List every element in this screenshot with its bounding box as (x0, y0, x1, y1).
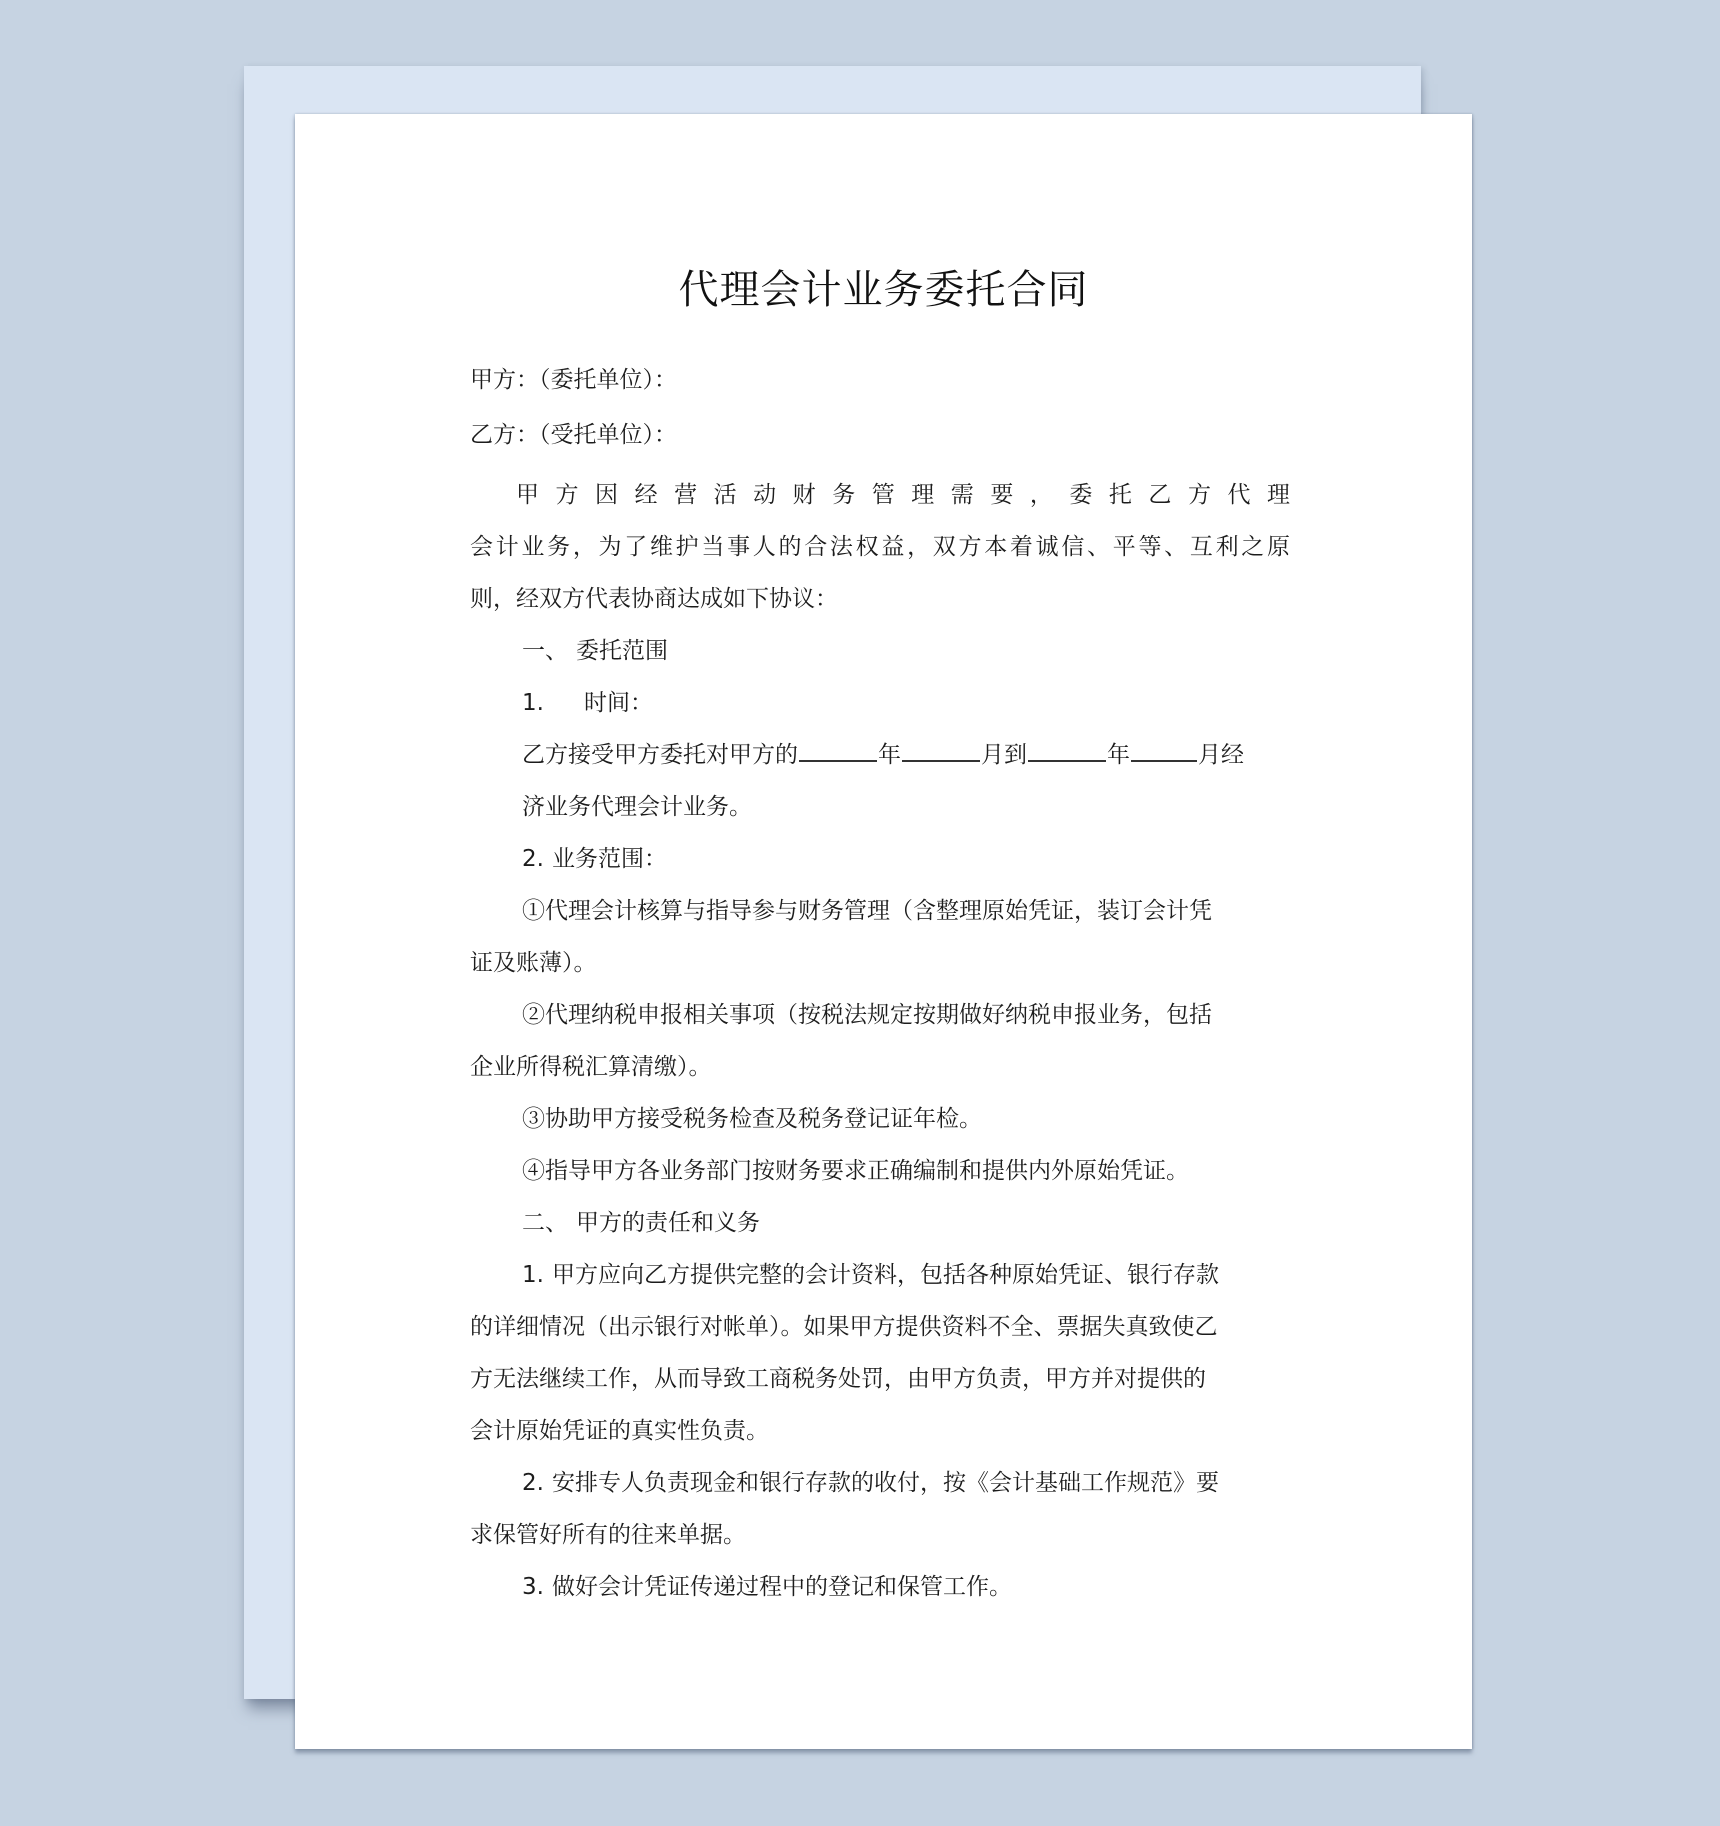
section-2-item-1-number: 1. (522, 1262, 544, 1288)
document-title: 代理会计业务委托合同 (295, 266, 1472, 314)
scope-item-2-line-2: 企业所得税汇算清缴）。 (470, 1041, 1290, 1093)
scope-item-3: ③协助甲方接受税务检查及税务登记证年检。 (470, 1093, 1290, 1145)
end-month-blank[interactable] (1131, 738, 1197, 762)
section-2-item-1-text: 甲方应向乙方提供完整的会计资料，包括各种原始凭证、银行存款 (552, 1262, 1219, 1288)
month-suffix-label: 月经 (1198, 742, 1244, 768)
section-2-item-3-number: 3. (522, 1574, 544, 1600)
section-2-item-3-line-1: 3.做好会计凭证传递过程中的登记和保管工作。 (470, 1561, 1290, 1613)
section-2-item-2-line-2: 求保管好所有的往来单据。 (470, 1509, 1290, 1561)
item-2-number: 2. (522, 846, 544, 872)
start-year-label: 年 (878, 742, 901, 768)
section-1-heading: 一、委托范围 (470, 625, 1290, 677)
item-2-scope-heading: 2.业务范围： (470, 833, 1290, 885)
scope-item-2-line-1: ②代理纳税申报相关事项（按税法规定按期做好纳税申报业务，包括 (470, 989, 1290, 1041)
month-to-label: 月到 (981, 742, 1027, 768)
scope-item-1-line-2: 证及账薄）。 (470, 937, 1290, 989)
time-range-prefix: 乙方接受甲方委托对甲方的 (522, 742, 798, 768)
section-1-number: 一、 (522, 638, 568, 664)
party-b-line: 乙方：（受托单位）： (470, 409, 1290, 461)
section-2-item-2-line-1: 2.安排专人负责现金和银行存款的收付，按《会计基础工作规范》要 (470, 1457, 1290, 1509)
scope-item-1-line-1: ①代理会计核算与指导参与财务管理（含整理原始凭证，装订会计凭 (470, 885, 1290, 937)
section-2-item-3-text: 做好会计凭证传递过程中的登记和保管工作。 (552, 1574, 1012, 1600)
section-2-heading: 二、甲方的责任和义务 (470, 1197, 1290, 1249)
section-2-item-1-line-2: 的详细情况（出示银行对帐单）。如果甲方提供资料不全、票据失真致使乙 (470, 1301, 1290, 1353)
document-body: 甲方：（委托单位）： 乙方：（受托单位）： 甲方因经营活动财务管理需要，委托乙方… (470, 354, 1290, 1613)
item-2-label: 业务范围： (552, 846, 667, 872)
item-1-label: 时间： (584, 690, 653, 716)
section-2-number: 二、 (522, 1210, 568, 1236)
start-month-blank[interactable] (902, 738, 980, 762)
time-range-line: 乙方接受甲方委托对甲方的年月到年月经 (470, 729, 1290, 781)
party-a-line: 甲方：（委托单位）： (470, 354, 1290, 406)
section-2-item-1-line-1: 1.甲方应向乙方提供完整的会计资料，包括各种原始凭证、银行存款 (470, 1249, 1290, 1301)
section-2-item-2-text: 安排专人负责现金和银行存款的收付，按《会计基础工作规范》要 (552, 1470, 1219, 1496)
section-2-item-1-line-4: 会计原始凭证的真实性负责。 (470, 1405, 1290, 1457)
document-page: 代理会计业务委托合同 甲方：（委托单位）： 乙方：（受托单位）： 甲方因经营活动… (295, 114, 1472, 1749)
end-year-label: 年 (1107, 742, 1130, 768)
intro-line-1: 甲方因经营活动财务管理需要，委托乙方代理 (470, 469, 1290, 521)
section-2-item-1-line-3: 方无法继续工作，从而导致工商税务处罚，由甲方负责，甲方并对提供的 (470, 1353, 1290, 1405)
intro-line-2: 会计业务，为了维护当事人的合法权益，双方本着诚信、平等、互利之原 (470, 521, 1290, 573)
item-1-time-heading: 1.时间： (470, 677, 1290, 729)
end-year-blank[interactable] (1028, 738, 1106, 762)
section-2-title: 甲方的责任和义务 (576, 1210, 760, 1236)
start-year-blank[interactable] (799, 738, 877, 762)
section-1-title: 委托范围 (576, 638, 668, 664)
time-range-line-2: 济业务代理会计业务。 (470, 781, 1290, 833)
item-1-number: 1. (522, 690, 544, 716)
intro-paragraph: 甲方因经营活动财务管理需要，委托乙方代理 会计业务，为了维护当事人的合法权益，双… (470, 469, 1290, 625)
section-2-item-2-number: 2. (522, 1470, 544, 1496)
intro-line-3: 则，经双方代表协商达成如下协议： (470, 573, 1290, 625)
scope-item-4: ④指导甲方各业务部门按财务要求正确编制和提供内外原始凭证。 (470, 1145, 1290, 1197)
